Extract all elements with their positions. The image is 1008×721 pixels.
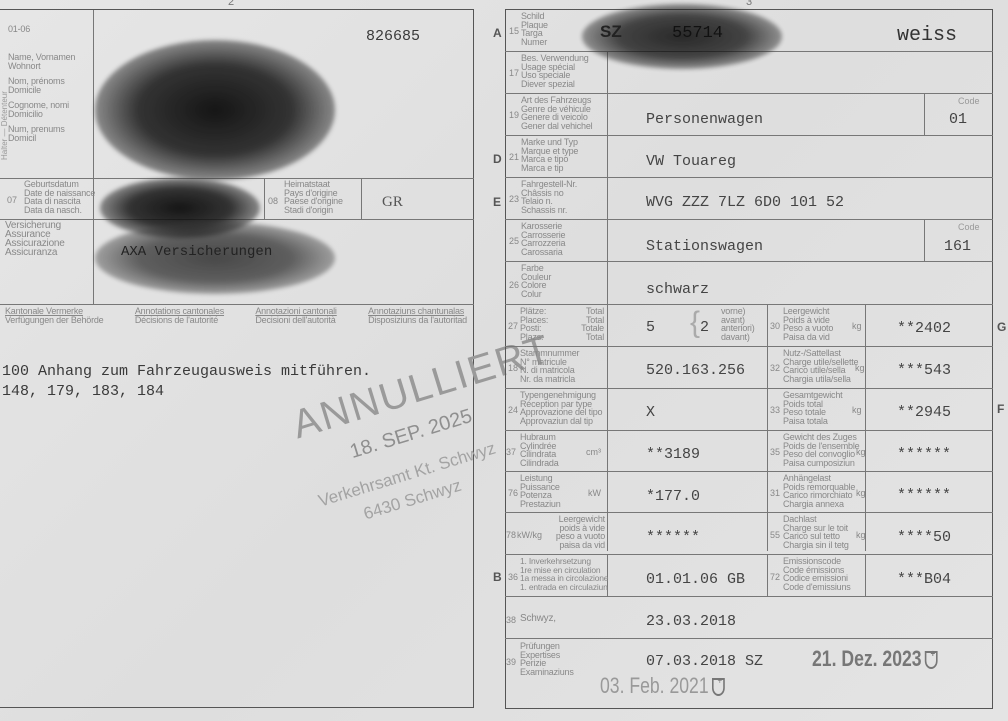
canton-shield-icon (925, 651, 938, 669)
issue-date: 23.03.2018 (646, 613, 736, 630)
vehicle-color: schwarz (646, 281, 709, 298)
seats-total: 5 (646, 319, 655, 336)
body-code: 161 (944, 238, 971, 255)
birth-labels: GeburtsdatumDate de naissanceData di nas… (24, 180, 95, 214)
train-weight: ****** (897, 446, 951, 463)
redacted-holder-name (95, 40, 335, 180)
serial-number: 520.163.256 (646, 362, 745, 379)
insurance-company: AXA Versicherungen (121, 244, 272, 260)
canton-shield-icon (712, 678, 725, 696)
series-code: 01-06 (8, 25, 30, 34)
empty-weight: **2402 (897, 320, 951, 337)
emission-code: ***B04 (897, 571, 951, 588)
make-model: VW Touareg (646, 153, 736, 170)
type-approval: X (646, 404, 655, 421)
annotations-header: Kantonale VermerkeVerfügungen der Behörd… (5, 307, 475, 324)
chassis-number: WVG ZZZ 7LZ 6D0 101 52 (646, 194, 844, 211)
plate-color: weiss (897, 24, 957, 47)
plate-canton: SZ (600, 22, 622, 42)
trailer-load: ****** (897, 487, 951, 504)
insurance-labels: VersicherungAssuranceAssicurazioneAssicu… (5, 221, 65, 257)
power-to-weight: ****** (646, 529, 700, 546)
seats-front: 2 (700, 319, 709, 336)
inspection-stamp-2021: 03. Feb. 2021 (600, 673, 725, 699)
total-weight: **2945 (897, 404, 951, 421)
last-inspection: 07.03.2018 SZ (646, 653, 763, 670)
first-registration: 01.01.06 GB (646, 571, 745, 588)
document-number: 826685 (366, 28, 420, 45)
displacement: **3189 (646, 446, 700, 463)
plate-number: 55714 (672, 24, 723, 43)
inspection-stamp-2023: 21. Dez. 2023 (812, 646, 938, 672)
body-type: Stationswagen (646, 238, 763, 255)
origin-country: GR (382, 194, 403, 211)
origin-labels: HeimatstaatPays d'originePaese d'origine… (284, 180, 343, 214)
page-number-left: 2 (228, 0, 234, 8)
power: *177.0 (646, 488, 700, 505)
page-number-right: 3 (746, 0, 752, 8)
holder-labels: Name, VornamenWohnort Nom, prénomsDomici… (8, 53, 92, 142)
vehicle-registration-document: 2 Halter — Détenteur 01-06 826685 Name, … (0, 0, 1008, 721)
payload: ***543 (897, 362, 951, 379)
vehicle-type-code: 01 (949, 111, 967, 128)
vehicle-type: Personenwagen (646, 111, 763, 128)
roof-load: ****50 (897, 529, 951, 546)
plate-labels: SchildPlaqueTargaNumer (521, 12, 548, 46)
